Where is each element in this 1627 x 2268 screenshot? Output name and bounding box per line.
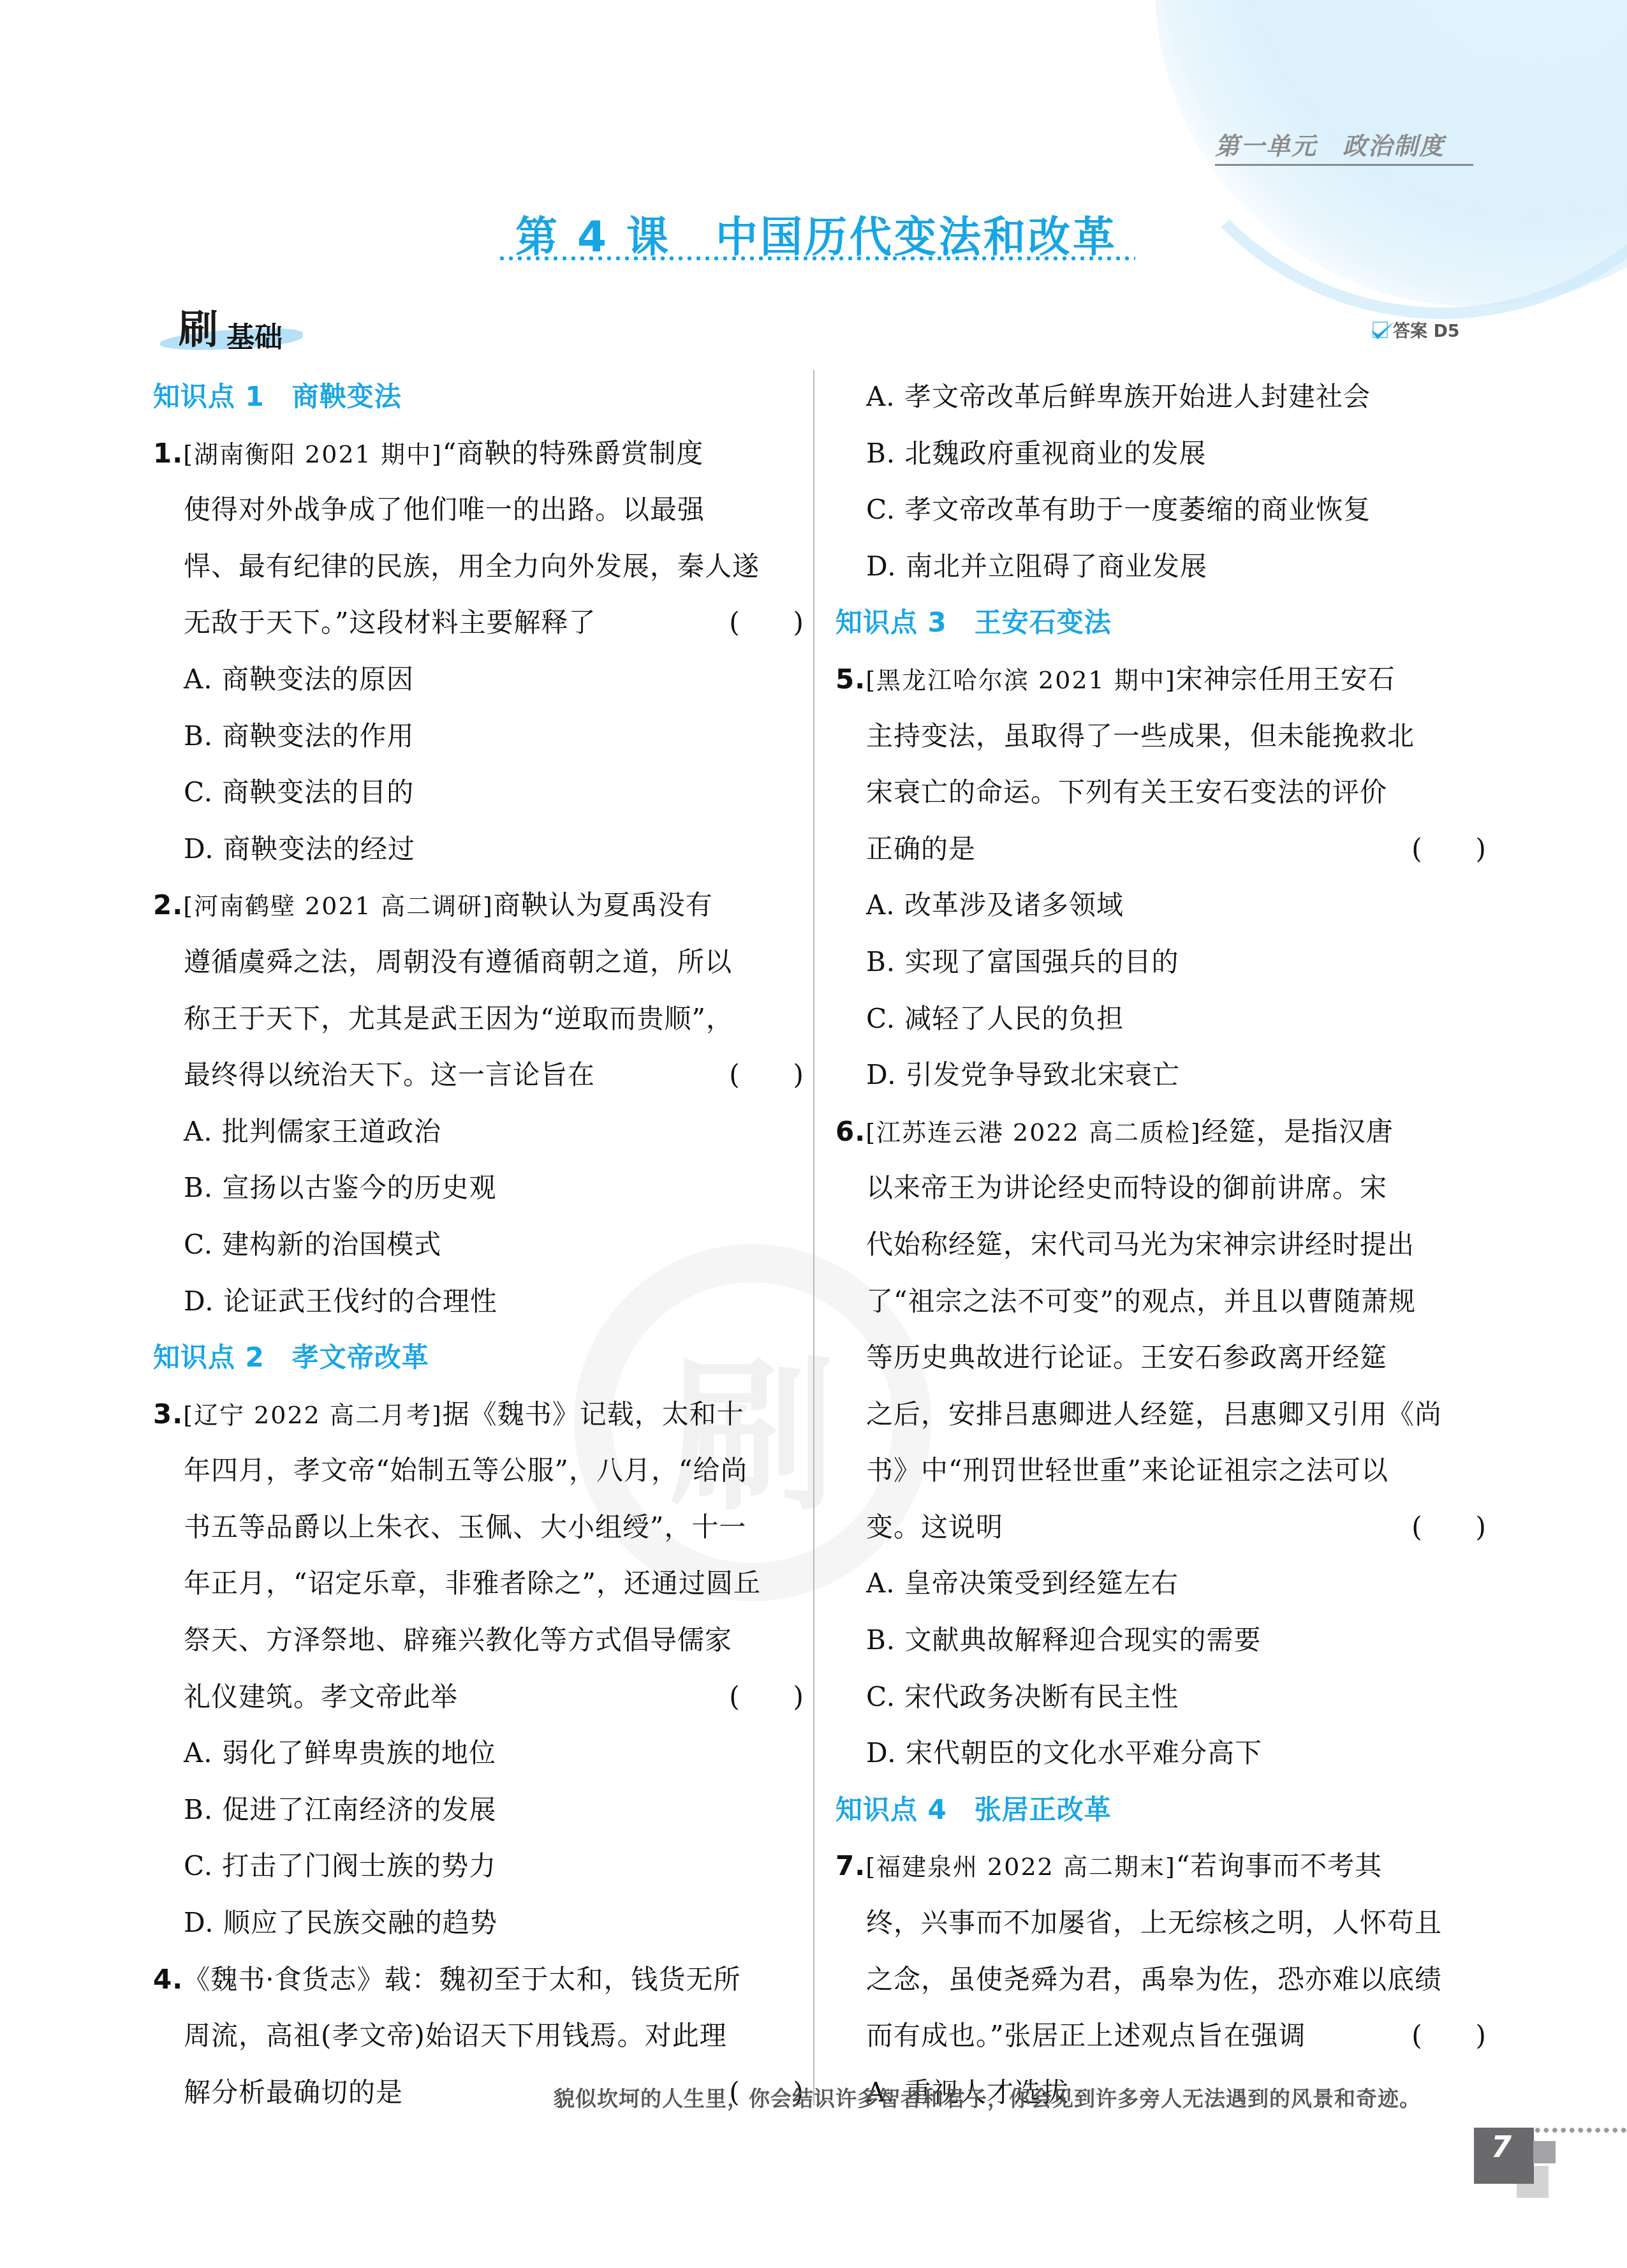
- question-text-line: 书》中“刑罚世轻世重”来论证祖宗之法可以: [836, 1442, 1486, 1499]
- answer-label: 答案 D5: [1393, 317, 1460, 342]
- option-text: D. 南北并立阻碍了商业发展: [866, 551, 1207, 582]
- right-column: A. 孝文帝改革后鲜卑族开始进人封建社会B. 北魏政府重视商业的发展C. 孝文帝…: [836, 369, 1486, 2121]
- page-number-dots: [1533, 2126, 1627, 2134]
- badge-main-char: 刷: [179, 298, 218, 355]
- answer-blank: ( ): [1411, 2008, 1486, 2064]
- text-line: 等历史典故进行论证。王安石参政离开经筵: [866, 1342, 1387, 1373]
- question-number: 2.: [153, 889, 183, 921]
- knowledge-point-heading: 知识点 1 商鞅变法: [153, 369, 804, 426]
- option-text: C. 减轻了人民的负担: [866, 1003, 1124, 1034]
- question-number: 1.: [153, 438, 183, 469]
- answer-option: C. 打击了门阀士族的势力: [153, 1838, 804, 1895]
- question-source: [黑龙江哈尔滨 2021 期中]: [865, 666, 1176, 694]
- question-text-line: 正确的是( ): [836, 821, 1486, 878]
- option-text: A. 批判儒家王道政治: [184, 1116, 441, 1147]
- question-text-line: 宋衰亡的命运。下列有关王安石变法的评价: [836, 764, 1486, 821]
- question-first-line: 5.[黑龙江哈尔滨 2021 期中]宋神宗任用王安石: [836, 651, 1486, 708]
- answer-option: A. 皇帝决策受到经筵左右: [836, 1555, 1486, 1612]
- option-text: B. 文献典故解释迎合现实的需要: [866, 1624, 1262, 1656]
- answer-option: B. 文献典故解释迎合现实的需要: [836, 1612, 1486, 1669]
- option-text: A. 弱化了鲜卑贵族的地位: [184, 1737, 496, 1768]
- question-text-line: 等历史典故进行论证。王安石参政离开经筵: [836, 1330, 1486, 1386]
- answer-option: C. 减轻了人民的负担: [836, 991, 1486, 1048]
- footer-quote: 貌似坎坷的人生里，你会结识许多智者和君子，你会见到许多旁人无法遇到的风景和奇迹。: [554, 2082, 1421, 2112]
- title-dotted-underline: [497, 255, 1135, 262]
- answer-reference: 答案 D5: [1371, 317, 1460, 342]
- checkmark-icon: [1371, 320, 1390, 339]
- text-line: 宋衰亡的命运。下列有关王安石变法的评价: [866, 776, 1387, 808]
- question-text-line: 了“祖宗之法不可变”的观点，并且以曹随萧规: [836, 1273, 1486, 1330]
- answer-option: A. 孝文帝改革后鲜卑族开始进人封建社会: [836, 369, 1486, 426]
- text-line: 书五等品爵以上朱衣、玉佩、大小组绶”，十一: [184, 1511, 746, 1543]
- question-text-line: 称王于天下，尤其是武王因为“逆取而贵顺”，: [153, 991, 804, 1048]
- option-text: D. 引发党争导致北宋衰亡: [866, 1059, 1180, 1090]
- text-line: 悍、最有纪律的民族，用全力向外发展，秦人遂: [184, 551, 760, 582]
- answer-blank: ( ): [1411, 821, 1486, 878]
- text-line: 代始称经筵，宋代司马光为宋神宗讲经时提出: [866, 1229, 1415, 1260]
- text-line: 年四月，孝文帝“始制五等公服”，八月，“给尚: [184, 1455, 747, 1486]
- question-text: 《魏书·食货志》载：魏初至于太和，钱货无所: [183, 1964, 740, 1995]
- text-line: 最终得以统治天下。这一言论旨在: [184, 1059, 595, 1090]
- question-text-line: 以来帝王为讲论经史而特设的御前讲席。宋: [836, 1160, 1486, 1217]
- question-text-line: 礼仪建筑。孝文帝此举( ): [153, 1669, 804, 1726]
- column-divider: [813, 370, 814, 2105]
- answer-option: A. 批判儒家王道政治: [153, 1104, 804, 1160]
- option-text: D. 论证武王伐纣的合理性: [184, 1286, 497, 1317]
- text-line: 之念，虽使尧舜为君，禹皋为佐，恐亦难以底绩: [866, 1964, 1442, 1995]
- answer-option: C. 商鞅变法的目的: [153, 764, 804, 821]
- option-text: C. 孝文帝改革有助于一度萎缩的商业恢复: [866, 494, 1371, 525]
- answer-blank: ( ): [729, 1047, 804, 1104]
- question-source: [辽宁 2022 高二月考]: [183, 1401, 443, 1429]
- question-first-line: 6.[江苏连云港 2022 高二质检]经筵，是指汉唐: [836, 1104, 1486, 1160]
- option-text: B. 实现了富国强兵的目的: [866, 946, 1179, 977]
- knowledge-point-heading: 知识点 3 王安石变法: [836, 595, 1486, 651]
- answer-option: A. 商鞅变法的原因: [153, 651, 804, 708]
- answer-option: A. 弱化了鲜卑贵族的地位: [153, 1725, 804, 1782]
- left-column: 知识点 1 商鞅变法1.[湖南衡阳 2021 期中]“商鞅的特殊爵赏制度使得对外…: [153, 369, 804, 2121]
- question-source: [福建泉州 2022 高二期末]: [865, 1853, 1176, 1881]
- question-text-line: 代始称经筵，宋代司马光为宋神宗讲经时提出: [836, 1217, 1486, 1273]
- option-text: A. 改革涉及诸多领域: [866, 889, 1124, 921]
- text-line: 变。这说明: [866, 1511, 1003, 1543]
- answer-option: B. 实现了富国强兵的目的: [836, 934, 1486, 991]
- knowledge-point-title: 知识点 3 王安石变法: [836, 607, 1112, 638]
- text-line: 称王于天下，尤其是武王因为“逆取而贵顺”，: [184, 1003, 733, 1034]
- answer-blank: ( ): [729, 595, 804, 651]
- text-line: 了“祖宗之法不可变”的观点，并且以曹随萧规: [866, 1286, 1416, 1317]
- question-text-line: 无敌于天下。”这段材料主要解释了( ): [153, 595, 804, 651]
- question-text: 据《魏书》记载，太和十: [443, 1398, 744, 1430]
- option-text: B. 宣扬以古鉴今的历史观: [184, 1172, 497, 1203]
- knowledge-point-heading: 知识点 2 孝文帝改革: [153, 1330, 804, 1386]
- question-first-line: 1.[湖南衡阳 2021 期中]“商鞅的特殊爵赏制度: [153, 426, 804, 482]
- option-text: A. 孝文帝改革后鲜卑族开始进人封建社会: [866, 381, 1371, 412]
- question-first-line: 7.[福建泉州 2022 高二期末]“若询事而不考其: [836, 1838, 1486, 1895]
- question-number: 5.: [836, 663, 865, 695]
- answer-option: B. 宣扬以古鉴今的历史观: [153, 1160, 804, 1217]
- option-text: C. 商鞅变法的目的: [184, 776, 414, 808]
- question-text-line: 而有成也。”张居正上述观点旨在强调( ): [836, 2008, 1486, 2064]
- option-text: A. 商鞅变法的原因: [184, 663, 414, 695]
- answer-option: D. 宋代朝臣的文化水平难分高下: [836, 1725, 1486, 1782]
- answer-option: B. 北魏政府重视商业的发展: [836, 426, 1486, 482]
- option-text: C. 打击了门阀士族的势力: [184, 1850, 496, 1881]
- text-line: 礼仪建筑。孝文帝此举: [184, 1681, 458, 1712]
- answer-option: D. 论证武王伐纣的合理性: [153, 1273, 804, 1330]
- question-first-line: 4.《魏书·食货志》载：魏初至于太和，钱货无所: [153, 1952, 804, 2008]
- answer-option: B. 促进了江南经济的发展: [153, 1782, 804, 1839]
- option-text: D. 宋代朝臣的文化水平难分高下: [866, 1737, 1262, 1768]
- question-text-line: 之念，虽使尧舜为君，禹皋为佐，恐亦难以底绩: [836, 1952, 1486, 2008]
- text-line: 遵循虞舜之法，周朝没有遵循商朝之道，所以: [184, 946, 732, 977]
- decor-square-mid: [1533, 2141, 1556, 2163]
- answer-option: A. 改革涉及诸多领域: [836, 877, 1486, 934]
- question-source: [江苏连云港 2022 高二质检]: [865, 1118, 1202, 1146]
- question-number: 4.: [153, 1964, 183, 1995]
- page-number: 7: [1491, 2130, 1512, 2164]
- question-source: [河南鹤壁 2021 高二调研]: [183, 892, 494, 920]
- question-text: 商鞅认为夏禹没有: [494, 889, 713, 921]
- question-text-line: 遵循虞舜之法，周朝没有遵循商朝之道，所以: [153, 934, 804, 991]
- question-text: 宋神宗任用王安石: [1176, 663, 1395, 695]
- text-line: 年正月，“诏定乐章，非雅者除之”，还通过圆丘: [184, 1568, 761, 1599]
- text-line: 主持变法，虽取得了一些成果，但未能挽救北: [866, 720, 1415, 752]
- question-text: “若询事而不考其: [1176, 1850, 1382, 1881]
- unit-header: 第一单元 政治制度: [1215, 126, 1473, 166]
- answer-option: B. 商鞅变法的作用: [153, 708, 804, 765]
- question-text-line: 最终得以统治天下。这一言论旨在( ): [153, 1047, 804, 1104]
- question-text-line: 悍、最有纪律的民族，用全力向外发展，秦人遂: [153, 538, 804, 595]
- question-number: 7.: [836, 1850, 865, 1881]
- option-text: C. 宋代政务决断有民主性: [866, 1681, 1179, 1712]
- answer-option: D. 商鞅变法的经过: [153, 821, 804, 878]
- question-text-line: 祭天、方泽祭地、辟雍兴教化等方式倡导儒家: [153, 1612, 804, 1669]
- question-first-line: 2.[河南鹤壁 2021 高二调研]商鞅认为夏禹没有: [153, 877, 804, 934]
- answer-option: C. 宋代政务决断有民主性: [836, 1669, 1486, 1726]
- option-text: B. 北魏政府重视商业的发展: [866, 438, 1207, 469]
- question-text-line: 周流，高祖(孝文帝)始诏天下用钱焉。对此理: [153, 2008, 804, 2064]
- lesson-title: 第 4 课 中国历代变法和改革: [497, 203, 1135, 263]
- text-line: 以来帝王为讲论经史而特设的御前讲席。宋: [866, 1172, 1387, 1203]
- question-text-line: 年四月，孝文帝“始制五等公服”，八月，“给尚: [153, 1442, 804, 1499]
- answer-option: D. 引发党争导致北宋衰亡: [836, 1047, 1486, 1104]
- option-text: D. 商鞅变法的经过: [184, 833, 415, 864]
- question-text-line: 之后，安排吕惠卿进人经筵，吕惠卿又引用《尚: [836, 1386, 1486, 1443]
- question-number: 6.: [836, 1116, 865, 1147]
- text-line: 正确的是: [866, 833, 976, 864]
- text-line: 而有成也。”张居正上述观点旨在强调: [866, 2020, 1306, 2051]
- question-first-line: 3.[辽宁 2022 高二月考]据《魏书》记载，太和十: [153, 1386, 804, 1443]
- question-text: 经筵，是指汉唐: [1202, 1116, 1394, 1147]
- option-text: D. 顺应了民族交融的趋势: [184, 1907, 497, 1938]
- answer-option: D. 顺应了民族交融的趋势: [153, 1895, 804, 1952]
- text-line: 解分析最确切的是: [184, 2077, 403, 2108]
- question-text-line: 主持变法，虽取得了一些成果，但未能挽救北: [836, 708, 1486, 765]
- question-text-line: 变。这说明( ): [836, 1499, 1486, 1556]
- question-text-line: 终，兴事而不加屡省，上无综核之明，人怀苟且: [836, 1895, 1486, 1952]
- text-line: 之后，安排吕惠卿进人经筵，吕惠卿又引用《尚: [866, 1398, 1442, 1430]
- question-text: “商鞅的特殊爵赏制度: [443, 438, 703, 469]
- question-text-line: 使得对外战争成了他们唯一的出路。以最强: [153, 482, 804, 538]
- badge-sub-label: 基础: [226, 315, 283, 355]
- text-line: 周流，高祖(孝文帝)始诏天下用钱焉。对此理: [184, 2020, 727, 2051]
- option-text: A. 皇帝决策受到经筵左右: [866, 1568, 1179, 1599]
- answer-blank: ( ): [729, 1669, 804, 1726]
- question-text-line: 年正月，“诏定乐章，非雅者除之”，还通过圆丘: [153, 1555, 804, 1612]
- text-line: 使得对外战争成了他们唯一的出路。以最强: [184, 494, 705, 525]
- option-text: B. 促进了江南经济的发展: [184, 1794, 497, 1825]
- knowledge-point-title: 知识点 4 张居正改革: [836, 1794, 1112, 1825]
- answer-option: C. 孝文帝改革有助于一度萎缩的商业恢复: [836, 482, 1486, 538]
- option-text: C. 建构新的治国模式: [184, 1229, 441, 1260]
- text-line: 书》中“刑罚世轻世重”来论证祖宗之法可以: [866, 1455, 1388, 1486]
- text-line: 终，兴事而不加屡省，上无综核之明，人怀苟且: [866, 1907, 1442, 1938]
- text-line: 祭天、方泽祭地、辟雍兴教化等方式倡导儒家: [184, 1624, 732, 1656]
- knowledge-point-title: 知识点 2 孝文帝改革: [153, 1342, 429, 1373]
- answer-option: D. 南北并立阻碍了商业发展: [836, 538, 1486, 595]
- knowledge-point-title: 知识点 1 商鞅变法: [153, 381, 402, 412]
- answer-blank: ( ): [1411, 1499, 1486, 1556]
- knowledge-point-heading: 知识点 4 张居正改革: [836, 1782, 1486, 1839]
- section-badge: 刷 基础: [153, 290, 306, 360]
- question-text-line: 书五等品爵以上朱衣、玉佩、大小组绶”，十一: [153, 1499, 804, 1556]
- question-source: [湖南衡阳 2021 期中]: [183, 440, 443, 468]
- answer-option: C. 建构新的治国模式: [153, 1217, 804, 1273]
- text-line: 无敌于天下。”这段材料主要解释了: [184, 607, 596, 638]
- question-number: 3.: [153, 1398, 183, 1430]
- option-text: B. 商鞅变法的作用: [184, 720, 415, 752]
